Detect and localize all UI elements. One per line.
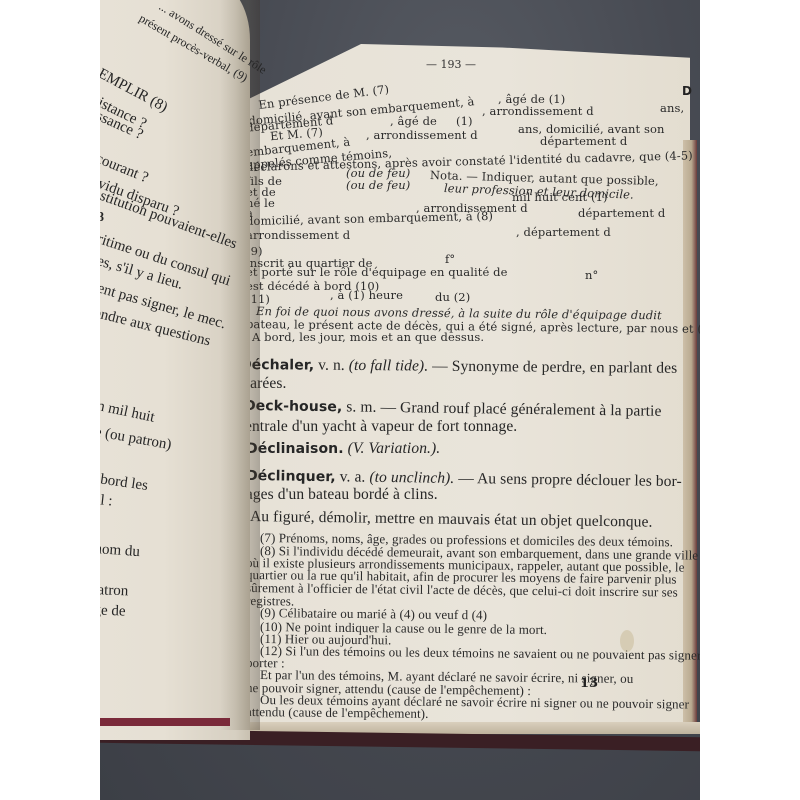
book-spine — [100, 718, 230, 726]
form-line: département d — [540, 134, 627, 148]
left-page-line: le nom du — [100, 540, 140, 561]
entry-deck-house-cont: centrale d'un yacht à vapeur de fort ton… — [238, 418, 517, 436]
form-line: département d — [578, 206, 665, 220]
form-line: , à (1) heure — [330, 288, 403, 302]
entry-declinaison: Déclinaison. (V. Variation.). — [246, 440, 440, 458]
left-page-line: l'âge de — [100, 602, 126, 621]
form-line: A bord, les jour, mois et an que dessus. — [252, 330, 484, 344]
form-line: f° — [445, 252, 455, 266]
form-line: , département d — [516, 225, 611, 239]
form-line: n° — [585, 268, 598, 282]
paper-stain — [620, 630, 634, 652]
form-line: arrondissement d — [246, 228, 350, 242]
page-number: — 193 — — [426, 58, 476, 71]
left-page-line: 18 — [100, 210, 104, 226]
entry-dechaler: Déchaler, v. n. (to fall tide). — Synony… — [240, 356, 677, 378]
entry-term: Déclinaison. — [246, 441, 344, 457]
form-line: , âgé de — [390, 114, 437, 128]
left-page-line: civil : — [100, 490, 113, 511]
form-line: du (2) — [435, 290, 470, 304]
book-photo: — 193 — D En présence de M. (7) , âgé de… — [100, 0, 700, 800]
entry-declinquer-cont: dages d'un bateau bordé à clins. — [238, 486, 438, 504]
page-edges-right — [683, 140, 697, 732]
form-line: , arrondissement d — [366, 128, 478, 142]
form-line: ans, — [660, 101, 684, 115]
gutter-shadow — [220, 0, 260, 730]
section-letter: D — [682, 84, 692, 98]
form-line: (1) — [456, 114, 473, 128]
left-page-line: patron — [100, 582, 129, 600]
form-line: , arrondissement d — [482, 104, 594, 118]
form-line: (ou de feu) — [346, 178, 410, 192]
signature-number: 13 — [580, 676, 598, 691]
footnote-line: attendu (cause de l'empêchement). — [246, 704, 429, 722]
form-line: et porté sur le rôle d'équipage en quali… — [246, 265, 508, 279]
